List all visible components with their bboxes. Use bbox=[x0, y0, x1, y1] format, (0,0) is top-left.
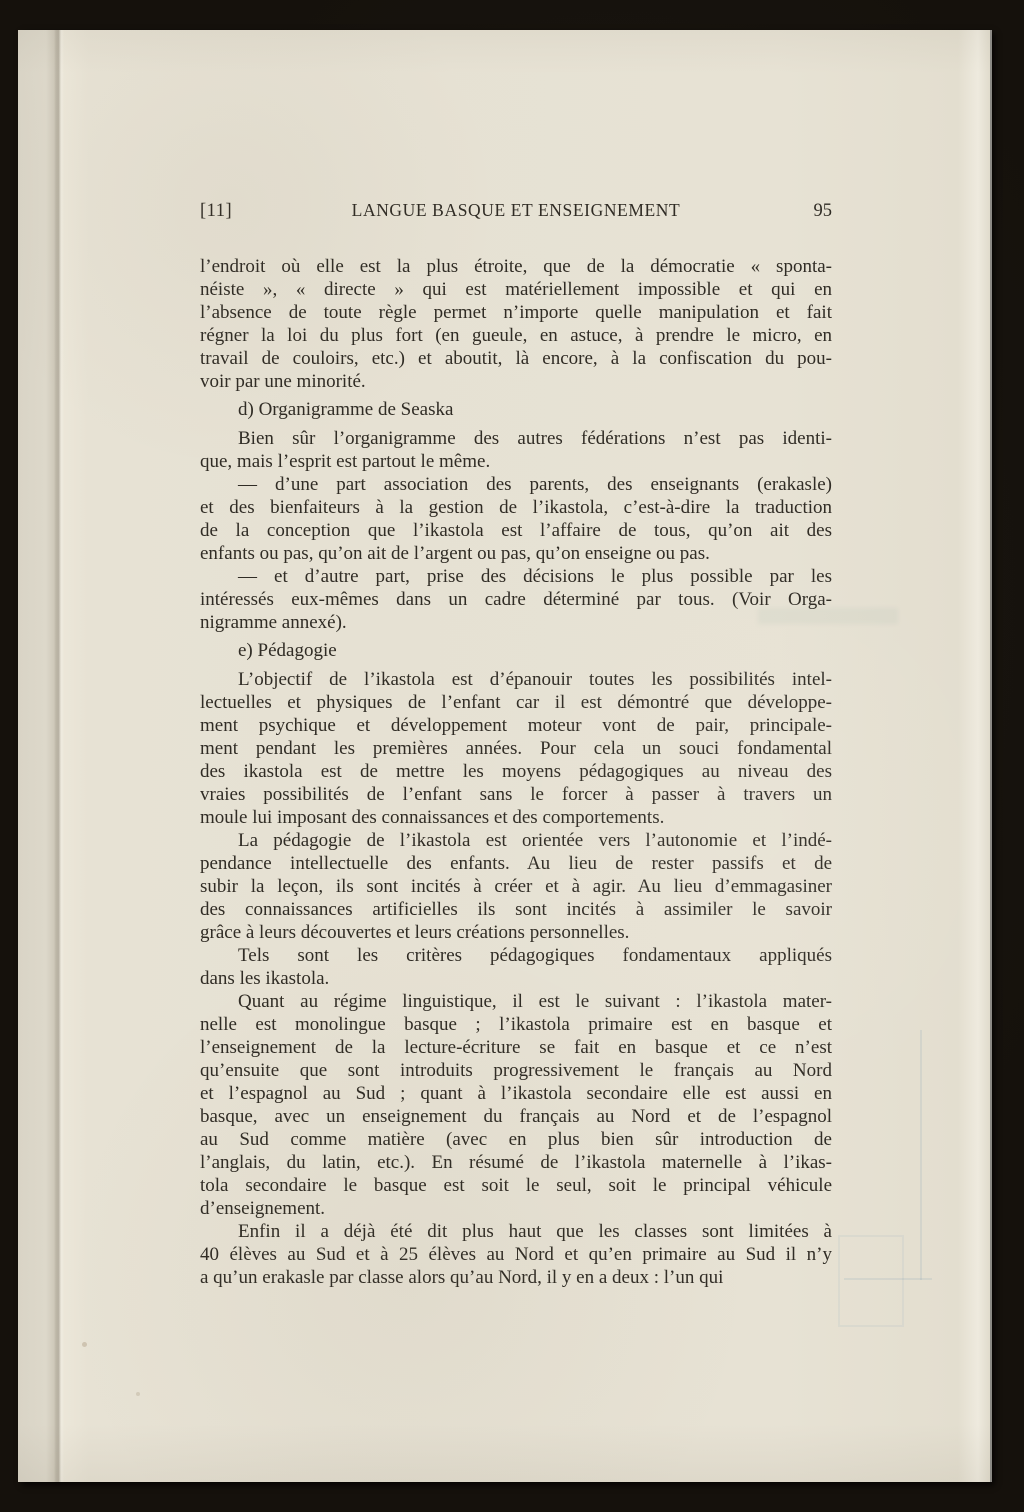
paragraph: Enfin il a déjà été dit plus haut que le… bbox=[200, 1220, 832, 1289]
paragraph: L’objectif de l’ikastola est d’épanouir … bbox=[200, 668, 832, 829]
text-line: tola secondaire le basque est soit le se… bbox=[200, 1174, 832, 1197]
page-spine-crease bbox=[54, 30, 64, 1482]
text-line: l’absence de toute règle permet n’import… bbox=[200, 301, 832, 324]
text-line: l’anglais, du latin, etc.). En résumé de… bbox=[200, 1151, 832, 1174]
bleed-through-mark bbox=[838, 1235, 904, 1327]
paragraph: Bien sûr l’organigramme des autres fédér… bbox=[200, 427, 832, 473]
bracket-number: [11] bbox=[200, 201, 310, 222]
scan-background: [11] LANGUE BASQUE ET ENSEIGNEMENT 95 l’… bbox=[0, 0, 1024, 1512]
text-line: La pédagogie de l’ikastola est orientée … bbox=[200, 829, 832, 852]
running-head: [11] LANGUE BASQUE ET ENSEIGNEMENT 95 bbox=[200, 200, 832, 222]
text-line: des connaissances artificielles ils sont… bbox=[200, 898, 832, 921]
text-line: pendance intellectuelle des enfants. Au … bbox=[200, 852, 832, 875]
text-line: travail de couloirs, etc.) et aboutit, l… bbox=[200, 347, 832, 370]
text-line: Tels sont les critères pédagogiques fond… bbox=[200, 944, 832, 967]
text-line: ment psychique et développement moteur v… bbox=[200, 714, 832, 737]
paragraph: — d’une part association des parents, de… bbox=[200, 473, 832, 565]
bleed-through-mark bbox=[844, 1278, 932, 1280]
text-line: nigramme annexé). bbox=[200, 611, 832, 634]
paper-speck bbox=[82, 1342, 87, 1347]
bleed-through-mark bbox=[920, 1030, 922, 1280]
paper-speck bbox=[136, 1392, 140, 1396]
text-line: basque, avec un enseignement du français… bbox=[200, 1105, 832, 1128]
paragraph: l’endroit où elle est la plus étroite, q… bbox=[200, 255, 832, 393]
text-line: l’enseignement de la lecture-écriture se… bbox=[200, 1036, 832, 1059]
text-line: de la conception que l’ikastola est l’af… bbox=[200, 519, 832, 542]
text-line: au Sud comme matière (avec en plus bien … bbox=[200, 1128, 832, 1151]
text-line: que, mais l’esprit est partout le même. bbox=[200, 450, 832, 473]
text-line: a qu’un erakasle par classe alors qu’au … bbox=[200, 1266, 832, 1289]
paragraph: — et d’autre part, prise des décisions l… bbox=[200, 565, 832, 634]
text-line: — et d’autre part, prise des décisions l… bbox=[200, 565, 832, 588]
book-page: [11] LANGUE BASQUE ET ENSEIGNEMENT 95 l’… bbox=[18, 30, 990, 1482]
text-block: [11] LANGUE BASQUE ET ENSEIGNEMENT 95 l’… bbox=[200, 200, 832, 1289]
text-line: subir la leçon, ils sont incités à créer… bbox=[200, 875, 832, 898]
text-line: moule lui imposant des connaissances et … bbox=[200, 806, 832, 829]
text-line: vraies possibilités de l’enfant sans le … bbox=[200, 783, 832, 806]
page-title: LANGUE BASQUE ET ENSEIGNEMENT bbox=[310, 200, 722, 221]
text-line: qu’ensuite que sont introduits progressi… bbox=[200, 1059, 832, 1082]
page-number: 95 bbox=[722, 201, 832, 222]
text-line: et l’espagnol au Sud ; quant à l’ikastol… bbox=[200, 1082, 832, 1105]
text-line: — d’une part association des parents, de… bbox=[200, 473, 832, 496]
text-line: Quant au régime linguistique, il est le … bbox=[200, 990, 832, 1013]
text-line: lectuelles et physiques de l’enfant car … bbox=[200, 691, 832, 714]
text-line: Bien sûr l’organigramme des autres fédér… bbox=[200, 427, 832, 450]
text-line: L’objectif de l’ikastola est d’épanouir … bbox=[200, 668, 832, 691]
text-line: des ikastola est de mettre les moyens pé… bbox=[200, 760, 832, 783]
text-line: ment pendant les premières années. Pour … bbox=[200, 737, 832, 760]
paragraph: Quant au régime linguistique, il est le … bbox=[200, 990, 832, 1220]
text-line: Enfin il a déjà été dit plus haut que le… bbox=[200, 1220, 832, 1243]
text-line: enfants ou pas, qu’on ait de l’argent ou… bbox=[200, 542, 832, 565]
text-line: d) Organigramme de Seaska bbox=[200, 398, 832, 421]
text-line: intéressés eux-mêmes dans un cadre déter… bbox=[200, 588, 832, 611]
text-line: voir par une minorité. bbox=[200, 370, 832, 393]
paragraph: Tels sont les critères pédagogiques fond… bbox=[200, 944, 832, 990]
section-heading: e) Pédagogie bbox=[200, 639, 832, 662]
text-line: l’endroit où elle est la plus étroite, q… bbox=[200, 255, 832, 278]
text-line: dans les ikastola. bbox=[200, 967, 832, 990]
text-line: e) Pédagogie bbox=[200, 639, 832, 662]
text-line: d’enseignement. bbox=[200, 1197, 832, 1220]
text-line: 40 élèves au Sud et à 25 élèves au Nord … bbox=[200, 1243, 832, 1266]
text-line: régner la loi du plus fort (en gueule, e… bbox=[200, 324, 832, 347]
body-text: l’endroit où elle est la plus étroite, q… bbox=[200, 255, 832, 1289]
text-line: néiste », « directe » qui est matérielle… bbox=[200, 278, 832, 301]
paragraph: La pédagogie de l’ikastola est orientée … bbox=[200, 829, 832, 944]
section-heading: d) Organigramme de Seaska bbox=[200, 398, 832, 421]
text-line: nelle est monolingue basque ; l’ikastola… bbox=[200, 1013, 832, 1036]
text-line: grâce à leurs découvertes et leurs créat… bbox=[200, 921, 832, 944]
text-line: et des bienfaiteurs à la gestion de l’ik… bbox=[200, 496, 832, 519]
